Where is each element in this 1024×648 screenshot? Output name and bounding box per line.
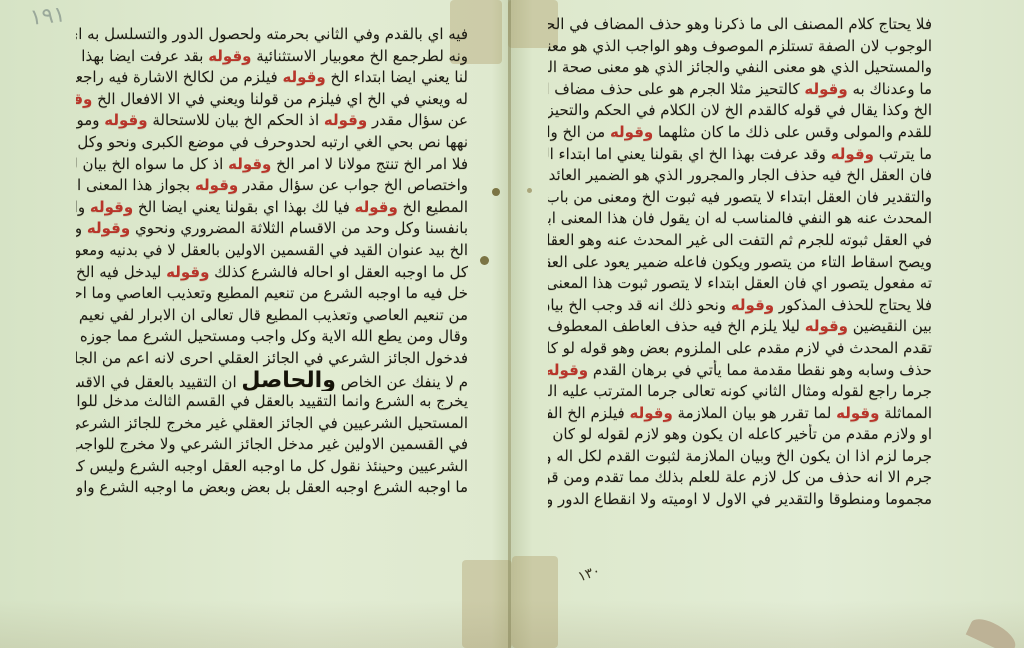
manuscript-line: لنا يعني ايضا ابتداء الخ وقوله فيلزم من … <box>76 67 468 89</box>
rubric-word: وقوله <box>76 90 92 108</box>
manuscript-line: والتقدير فان العقل ابتداء لا يتصور فيه ث… <box>548 187 932 209</box>
manuscript-line: الوجوب لان الصفة تستلزم الموصوف وهو الوا… <box>548 36 932 58</box>
book-gutter <box>508 0 511 648</box>
rubric-word: وقوله <box>805 317 848 335</box>
manuscript-line: فلا يحتاج للحذف المذكور وقوله ونحو ذلك ا… <box>548 295 932 317</box>
manuscript-line: فان العقل الخ فيه حذف الجار والمجرور الذ… <box>548 165 932 187</box>
manuscript-line: ما يترتب وقوله وقد عرفت بهذا الخ اي بقول… <box>548 144 932 166</box>
manuscript-line: الشرعيين وحينئذ نقول كل ما اوجبه العقل ا… <box>76 456 468 478</box>
manuscript-line: يخرج به الشرع وانما التقييد بالعقل في ال… <box>76 391 468 413</box>
rubric-word: وقوله <box>208 47 251 65</box>
manuscript-line: عن سؤال مقدر وقوله اذ الحكم الخ بيان للا… <box>76 110 468 132</box>
rubric-word: وقوله <box>90 198 133 216</box>
manuscript-line: ما اوجبه الشرع اوجبه العقل بل بعض وبعض م… <box>76 477 468 499</box>
manuscript-line: من تنعيم العاصي وتعذيب المطيع قال تعالى … <box>76 305 468 327</box>
right-page-text: فلا يحتاج كلام المصنف الى ما ذكرنا وهو ح… <box>548 14 932 511</box>
manuscript-line: فلا يحتاج كلام المصنف الى ما ذكرنا وهو ح… <box>548 14 932 36</box>
sewing-hole <box>480 256 489 265</box>
rubric-word: وقوله <box>282 68 325 86</box>
rubric-word: وقوله <box>104 111 147 129</box>
section-heading-word: والحاصل <box>241 370 336 392</box>
manuscript-line: الخ بيد عنوان القيد في القسمين الاولين ب… <box>76 240 468 262</box>
rubric-word: وقوله <box>629 404 672 422</box>
manuscript-line: للقدم والمولى وقس على ذلك ما كان مثلهما … <box>548 122 932 144</box>
manuscript-line: مجموما ومنطوقا والتقدير في الاول لا اومي… <box>548 489 932 511</box>
manuscript-line: جرم الا انه حذف من كل لازم علة للعلم بذل… <box>548 467 932 489</box>
rubric-word: وقوله <box>166 263 209 281</box>
manuscript-line: له ويعني في الخ اي فيلزم من قولنا ويعني … <box>76 89 468 111</box>
rubric-word: وقوله <box>355 198 398 216</box>
rubric-word: وقوله <box>731 296 774 314</box>
manuscript-line: المطيع الخ وقوله فيا لك بهذا اي بقولنا ي… <box>76 197 468 219</box>
sewing-hole <box>527 188 532 193</box>
manuscript-line: فيه اي بالقدم وفي الثاني بحرمته ولحصول ا… <box>76 24 468 46</box>
page-foliation-number: ١٣٠ <box>576 563 603 586</box>
rubric-word: وقوله <box>324 111 367 129</box>
rubric-word: وقوله <box>228 155 271 173</box>
left-page-text: فيه اي بالقدم وفي الثاني بحرمته ولحصول ا… <box>76 24 468 499</box>
manuscript-line: حذف وسابه وهو نقطا مقدمة مما يأتي في بره… <box>548 360 932 382</box>
manuscript-line: الخ وكذا يقال في قوله كالقدم الخ لان الك… <box>548 100 932 122</box>
manuscript-line: المحدث عنه هو النفي فالمناسب له ان يقول … <box>548 208 932 230</box>
manuscript-line: او ولازم مقدم من تأخير كاعله ان يكون وهو… <box>548 424 932 446</box>
manuscript-line: نهها نص بحي الغي ارتبه لحدوحرف في موضع ا… <box>76 132 468 154</box>
page-bottom-shade <box>0 600 1024 648</box>
manuscript-line: بانفسنا وكل وحد من الاقسام الثلاثة المضر… <box>76 218 468 240</box>
manuscript-line: ته مفعول يتصور اي فان العقل ابتداء لا يت… <box>548 273 932 295</box>
manuscript-line: فدخول الجائز الشرعي في الجائز العقلي احر… <box>76 348 468 370</box>
manuscript-line: كل ما اوجبه العقل او احاله فالشرع كذلك و… <box>76 262 468 284</box>
rubric-word: وقوله <box>548 361 588 379</box>
rubric-word: وقوله <box>610 123 653 141</box>
manuscript-line: بين النقيضين وقوله ليلا يلزم الخ فيه حذف… <box>548 316 932 338</box>
manuscript-line: م لا ينفك عن الخاص والحاصل ان التقييد با… <box>76 370 468 392</box>
manuscript-line: جرما راجع لقوله ومثال الثاني كونه تعالى … <box>548 381 932 403</box>
manuscript-spread: ١٩١ فيه اي بالقدم وفي الثاني بحرمته ولحص… <box>0 0 1024 648</box>
manuscript-line: ونه لطرجمع الخ معوبيار الاستثنائية وقوله… <box>76 46 468 68</box>
rubric-word: وقوله <box>804 80 847 98</box>
rubric-word: وقوله <box>831 145 874 163</box>
manuscript-line: تقدم المحدث في لازم مقدم على الملزوم بعض… <box>548 338 932 360</box>
manuscript-line: واختصاص الخ جواب عن سؤال مقدر وقوله بجوا… <box>76 175 468 197</box>
rubric-word: وقوله <box>195 176 238 194</box>
manuscript-line: في القسمين الاولين غير مدخل الجائز الشرع… <box>76 434 468 456</box>
manuscript-line: ما وعدناك به وقوله كالتحيز مثلا الجرم هو… <box>548 79 932 101</box>
manuscript-line: ويصح اسقاط التاء من يتصور ويكون فاعله ضم… <box>548 252 932 274</box>
manuscript-line: جرما لزم اذا ان يكون الخ وبيان الملازمة … <box>548 446 932 468</box>
manuscript-line: في العقل ثبوته للجرم ثم التفت الى غير ال… <box>548 230 932 252</box>
rubric-word: وقوله <box>87 219 130 237</box>
manuscript-line: فلا امر الخ تنتج مولانا لا امر الخ وقوله… <box>76 154 468 176</box>
manuscript-line: والمستحيل الذي هو معنى النفي والجائز الذ… <box>548 57 932 79</box>
manuscript-line: خل فيه ما اوجبه الشرع من تنعيم المطيع وت… <box>76 283 468 305</box>
manuscript-line: المستحيل الشرعيين في الجائز العقلي غير م… <box>76 413 468 435</box>
folio-number: ١٩١ <box>29 2 67 31</box>
manuscript-line: المماثلة وقوله لما تقرر هو بيان الملازمة… <box>548 403 932 425</box>
manuscript-line: وقال ومن يطع الله الاية وكل واجب ومستحيل… <box>76 326 468 348</box>
rubric-word: وقوله <box>836 404 879 422</box>
sewing-hole <box>492 188 500 196</box>
